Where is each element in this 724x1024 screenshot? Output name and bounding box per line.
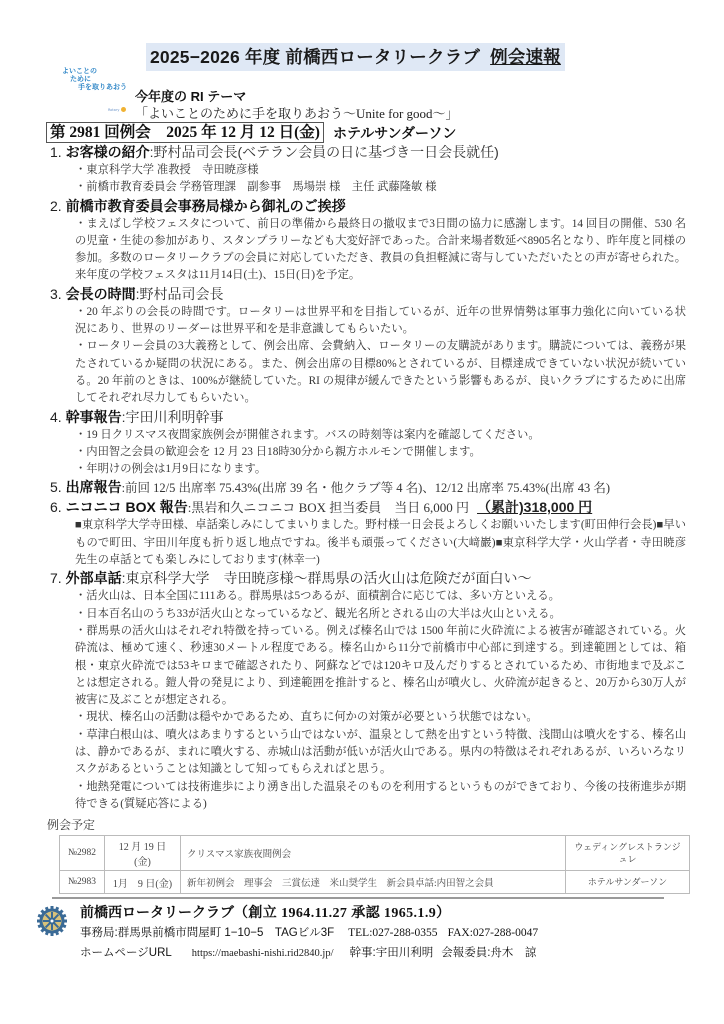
section-heading: 7. 外部卓話:東京科学大学 寺田暁彦様～群馬県の活火山は危険だが面白い～	[50, 569, 686, 588]
guest-line: ・東京科学大学 准教授 寺田暁彦様	[50, 162, 686, 179]
report-line: ・年明けの例会は1月9日になります。	[50, 461, 686, 478]
section-heading: 4. 幹事報告:宇田川利明幹事	[50, 408, 686, 427]
office-fax: FAX:027-288-0047	[448, 927, 539, 939]
section-subtitle: :東京科学大学 寺田暁彦様～群馬県の活火山は危険だが面白い～	[122, 570, 532, 586]
report-line: ・19 日クリスマス夜間家族例会が開催されます。バスの時刻等は案内を確認してくだ…	[50, 427, 686, 444]
meeting-date: 12 月 19 日(金)	[105, 836, 181, 871]
logo-line: よいことの	[62, 68, 127, 76]
section-heading: 3. 会長の時間:野村品司会長	[50, 285, 686, 304]
section-title: 幹事報告	[66, 409, 122, 425]
page-title: 2025−2026 年度 前橋西ロータリークラブ例会速報	[146, 43, 565, 71]
founded-date: （創立 1964.11.27 承認 1965.1.9）	[234, 906, 451, 921]
talk-paragraph: ・活火山は、日本全国に111ある。群馬県は5つあるが、面積割合に応じては、多い方…	[50, 588, 686, 605]
talk-paragraph: ・日本百名山のうち33が活火山となっているなど、観光名所とされる山の大半は火山と…	[50, 606, 686, 623]
footer-contact: ホームページURLhttps://maebashi-nishi.rid2840.…	[80, 944, 536, 960]
talk-paragraph: ・群馬県の活火山はそれぞれ特徴を持っている。例えば榛名山では 1500 年前に火…	[50, 623, 686, 709]
section-subtitle: :宇田川利明幹事	[122, 409, 224, 425]
editor-name: 会報委員:舟木 諒	[441, 947, 536, 959]
meeting-number-date: 第 2981 回例会 2025 年 12 月 12 日(金)	[46, 122, 324, 143]
meeting-place: ホテルサンダーソン	[566, 871, 690, 894]
table-row: №2983 1月 9 日(金) 新年初例会 理事会 三賞伝達 米山奨学生 新会員…	[60, 871, 690, 894]
section-paragraph: ・ロータリー会員の3大義務として、例会出席、会費納入、ロータリーの友購読がありま…	[50, 338, 686, 407]
section-paragraph: ・20 年ぶりの会長の時間です。ロータリーは世界平和を目指しているが、近年の世界…	[50, 304, 686, 339]
rotary-wheel-icon	[36, 905, 68, 937]
section-heading: 5. 出席報告:前回 12/5 出席率 75.43%(出席 39 名・他クラブ等…	[50, 478, 686, 498]
homepage-link[interactable]: https://maebashi-nishi.rid2840.jp/	[192, 948, 334, 959]
meeting-place: ウェディングレストランジュレ	[566, 836, 690, 871]
meeting-event: クリスマス家族夜間例会	[181, 836, 566, 871]
footer-club-name: 前橋西ロータリークラブ（創立 1964.11.27 承認 1965.1.9）	[80, 902, 451, 922]
section-title: 前橋市教育委員会事務局様から御礼のご挨拶	[66, 198, 346, 214]
report-line: ・内田智之会員の歓迎会を 12 月 23 日18時30分から親方ホルモンで開催し…	[50, 444, 686, 461]
nikoniko-total: （累計)318,000 円	[477, 499, 592, 515]
talk-paragraph: ・草津白根山は、噴火はあまりするという山ではないが、温泉として熱を出すという特徴…	[50, 727, 686, 779]
rotary-mini-text: Rotary	[108, 108, 119, 112]
theme-logo: よいことの ために 手を取りあおう	[62, 68, 127, 92]
schedule-table: №2982 12 月 19 日(金) クリスマス家族夜間例会 ウェディングレスト…	[59, 835, 690, 894]
rotary-mini-logo: Rotary	[108, 107, 126, 112]
meeting-event: 新年初例会 理事会 三賞伝達 米山奨学生 新会員卓話:内田智之会員	[181, 871, 566, 894]
title-main: 2025−2026 年度 前橋西ロータリークラブ	[150, 47, 480, 67]
meeting-no: №2983	[60, 871, 105, 894]
section-paragraph: ・まえばし学校フェスタについて、前日の準備から最終日の撤収まで3日間の協力に感謝…	[50, 216, 686, 285]
section-heading: 2. 前橋市教育委員会事務局様から御礼のご挨拶	[50, 197, 686, 216]
section-heading: 6. ニコニコ BOX 報告:黒岩和久ニコニコ BOX 担当委員 当日 6,00…	[50, 498, 686, 517]
section-subtitle: :黒岩和久ニコニコ BOX 担当委員 当日 6,000 円	[188, 500, 469, 515]
nikoniko-messages: ■東京科学大学寺田様、卓話楽しみにしてまいりました。野村様一日会長よろしくお願い…	[50, 517, 686, 569]
meeting-info: 第 2981 回例会 2025 年 12 月 12 日(金) ホテルサンダーソン	[46, 122, 456, 143]
footer-address: 事務局:群馬県前橋市問屋町 1−10−5 TAGビル3FTEL:027-288-…	[80, 924, 538, 940]
footer-divider	[52, 897, 664, 899]
guest-line: ・前橋市教育委員会 学務管理課 副参事 馬場崇 様 主任 武藤隆敏 様	[50, 179, 686, 196]
table-row: №2982 12 月 19 日(金) クリスマス家族夜間例会 ウェディングレスト…	[60, 836, 690, 871]
section-title: 外部卓話	[66, 570, 122, 586]
talk-paragraph: ・現状、榛名山の活動は穏やかであるため、直ちに何かの対策が必要という状態ではない…	[50, 709, 686, 726]
talk-paragraph: ・地熱発電については技術進歩により湧き出した温泉そのものを利用するというものがで…	[50, 779, 686, 814]
section-title: ニコニコ BOX 報告	[66, 499, 188, 515]
section-title: 会長の時間	[66, 286, 136, 302]
section-title: お客様の紹介	[66, 144, 150, 160]
section-subtitle: :野村品司会長	[136, 286, 224, 302]
section-subtitle: :野村品司会長(ベテラン会員の日に基づき一日会長就任)	[150, 144, 499, 160]
schedule-label: 例会予定	[47, 816, 95, 833]
meeting-venue: ホテルサンダーソン	[333, 123, 456, 143]
office-tel: TEL:027-288-0355	[348, 927, 437, 939]
title-suffix: 例会速報	[490, 47, 561, 67]
theme-text: 「よいことのために手を取りあおう～Unite for good～」	[135, 103, 459, 122]
newsletter-page: 2025−2026 年度 前橋西ロータリークラブ例会速報 よいことの ために 手…	[0, 0, 724, 1024]
attendance-detail: :前回 12/5 出席率 75.43%(出席 39 名・他クラブ等 4 名)、1…	[122, 481, 611, 495]
meeting-date: 1月 9 日(金)	[105, 871, 181, 894]
homepage-label: ホームページURL	[80, 947, 172, 959]
office-address: 事務局:群馬県前橋市問屋町 1−10−5 TAGビル3F	[80, 927, 334, 939]
secretary-name: 幹事:宇田川利明	[350, 947, 434, 959]
meeting-no: №2982	[60, 836, 105, 871]
logo-line: ために	[62, 76, 127, 84]
rotary-wheel-icon	[121, 107, 126, 112]
section-heading: 1. お客様の紹介:野村品司会長(ベテラン会員の日に基づき一日会長就任)	[50, 143, 686, 162]
logo-line: 手を取りあおう	[62, 84, 127, 92]
section-title: 出席報告	[66, 479, 122, 495]
report-body: 1. お客様の紹介:野村品司会長(ベテラン会員の日に基づき一日会長就任) ・東京…	[50, 143, 686, 813]
